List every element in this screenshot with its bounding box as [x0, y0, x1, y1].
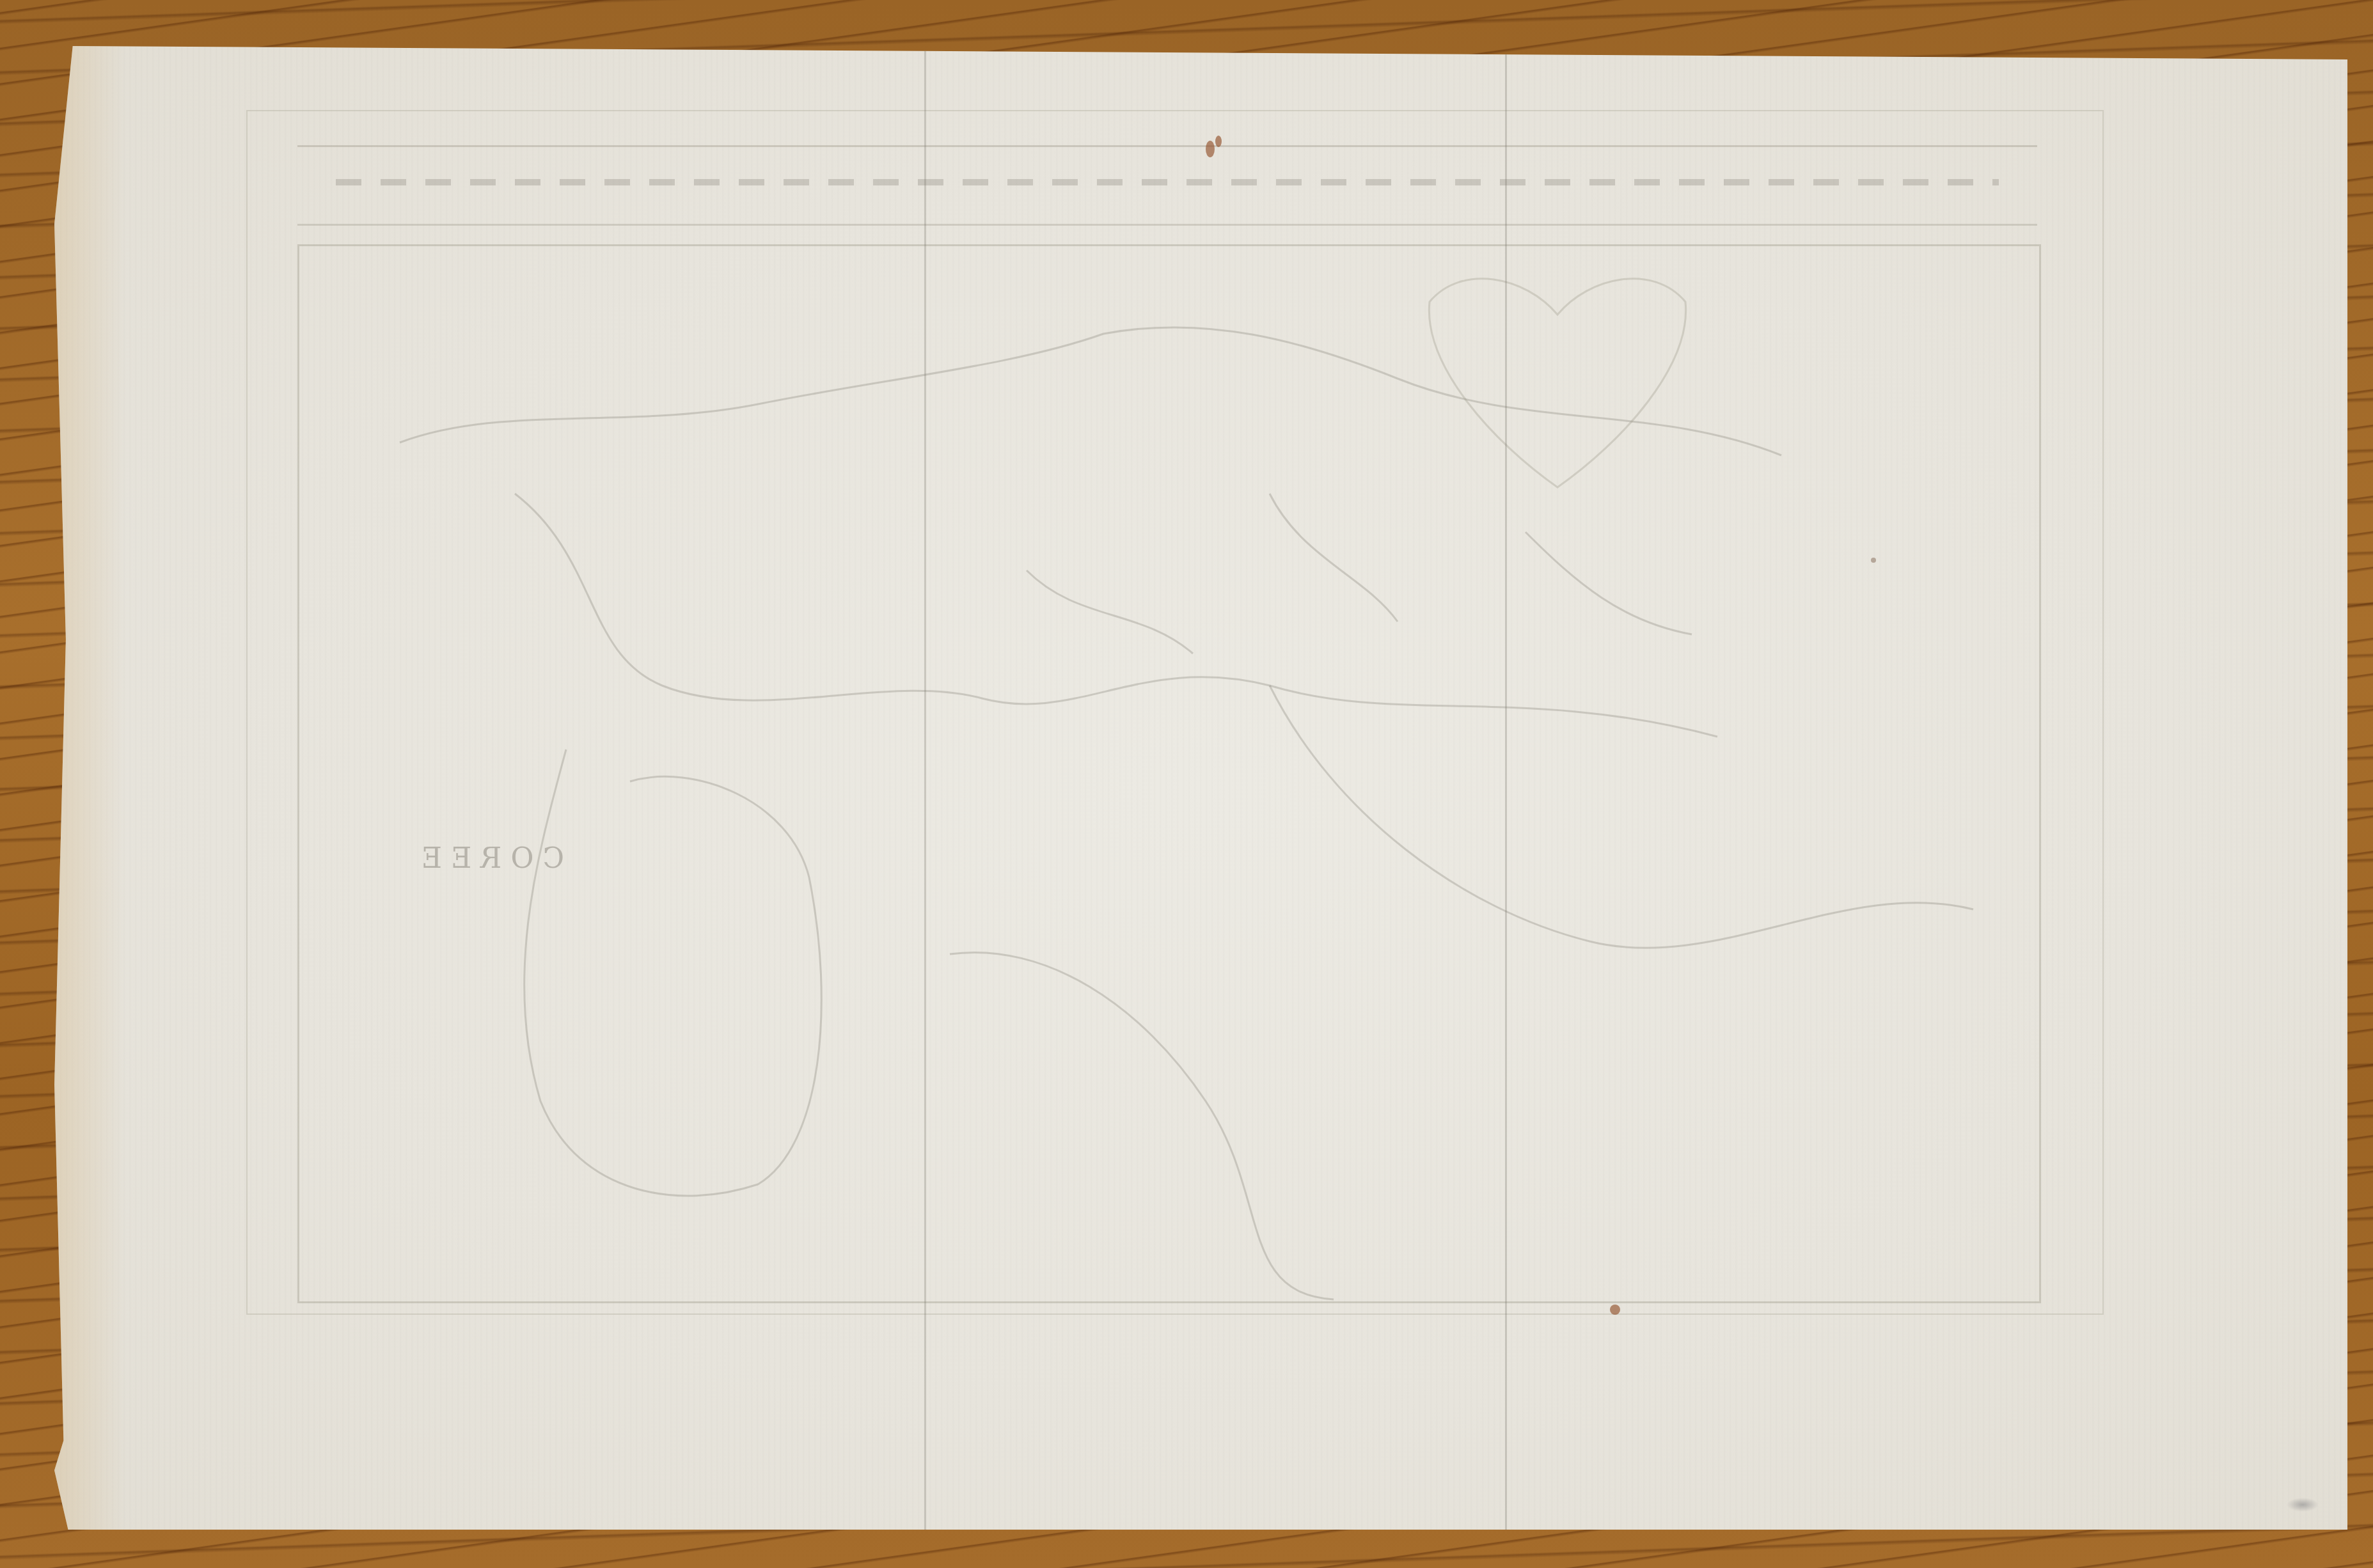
- coastline-show-through: [54, 46, 2347, 1530]
- map-sheet-reverse: COREE: [54, 46, 2347, 1530]
- mirrored-region-label: COREE: [413, 842, 564, 875]
- fold-line: [1505, 46, 1507, 1530]
- pencil-mark: [2287, 1498, 2319, 1512]
- fold-line: [924, 46, 926, 1530]
- foxing-spot: [1206, 141, 1215, 157]
- foxing-spot: [1215, 136, 1222, 147]
- foxing-spot: [1871, 558, 1876, 563]
- foxing-spot: [1610, 1305, 1620, 1315]
